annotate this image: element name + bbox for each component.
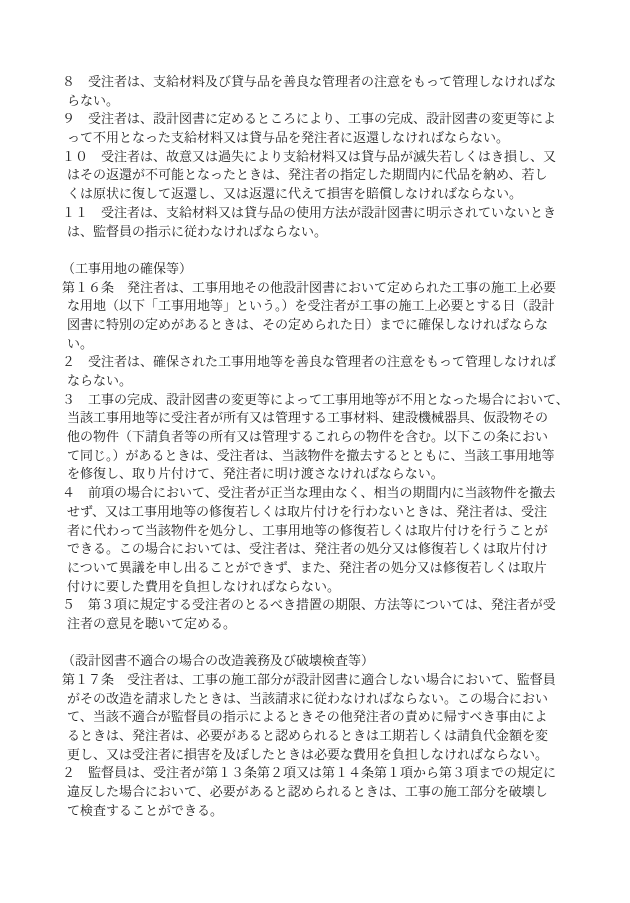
clause-text-line: 当該工事用地等に受注者が所有又は管理する工事材料、建設機械器具、仮設物その: [62, 409, 630, 428]
clause-text-line: くは原状に復して返還し、又は返還に代えて損害を賠償しなければならない。: [62, 185, 630, 204]
clause-text-line: はその返還が不可能となったときは、発注者の指定した期間内に代品を納め、若し: [62, 166, 630, 185]
clause-text-line: ３ 工事の完成、設計図書の変更等によって工事用地等が不用となった場合において、: [62, 391, 630, 410]
clause-text-line: 付けに要した費用を負担しなければならない。: [62, 578, 630, 597]
clause-text-line: 第１６条 発注者は、工事用地その他設計図書において定められた工事の施工上必要: [62, 279, 630, 298]
clause-text-line: 図書に特別の定めがあるときは、その定められた日）までに確保しなければならな: [62, 316, 630, 335]
clause-text-line: て検査することができる。: [62, 802, 630, 821]
blank-line: [62, 634, 630, 653]
document-body: ８ 受注者は、支給材料及び貸与品を善良な管理者の注意をもって管理しなければならな…: [62, 73, 630, 821]
clause-text-line: ５ 第３項に規定する受注者のとるべき措置の期限、方法等については、発注者が受: [62, 596, 630, 615]
clause-text-line: らない。: [62, 92, 630, 111]
clause-text-line: い。: [62, 335, 630, 354]
clause-text-line: ならない。: [62, 372, 630, 391]
clause-text-line: ２ 監督員は、受注者が第１３条第２項又は第１４条第１項から第３項までの規定に: [62, 764, 630, 783]
clause-text-line: 更し、又は受注者に損害を及ぼしたときは必要な費用を負担しなければならない。: [62, 746, 630, 765]
section-heading: （工事用地の確保等）: [62, 260, 630, 279]
clause-text-line: を修復し、取り片付けて、発注者に明け渡さなければならない。: [62, 465, 630, 484]
clause-text-line: て同じ。）があるときは、受注者は、当該物件を撤去するとともに、当該工事用地等: [62, 447, 630, 466]
blank-line: [62, 241, 630, 260]
document-page: ８ 受注者は、支給材料及び貸与品を善良な管理者の注意をもって管理しなければならな…: [0, 0, 630, 903]
clause-text-line: るときは、発注者は、必要があると認められるときは工期若しくは請負代金額を変: [62, 727, 630, 746]
clause-text-line: ２ 受注者は、確保された工事用地等を善良な管理者の注意をもって管理しなければ: [62, 353, 630, 372]
clause-text-line: できる。この場合においては、受注者は、発注者の処分又は修復若しくは取片付け: [62, 540, 630, 559]
clause-text-line: １０ 受注者は、故意又は過失により支給材料又は貸与品が滅失若しくはき損し、又: [62, 148, 630, 167]
clause-text-line: って不用となった支給材料又は貸与品を発注者に返還しなければならない。: [62, 129, 630, 148]
clause-text-line: 第１７条 受注者は、工事の施工部分が設計図書に適合しない場合において、監督員: [62, 671, 630, 690]
clause-text-line: な用地（以下「工事用地等」という。）を受注者が工事の施工上必要とする日（設計: [62, 297, 630, 316]
clause-text-line: 他の物件（下請負者等の所有又は管理するこれらの物件を含む。以下この条におい: [62, 428, 630, 447]
clause-text-line: 違反した場合において、必要があると認められるときは、工事の施工部分を破壊し: [62, 783, 630, 802]
clause-text-line: 者に代わって当該物件を処分し、工事用地等の修復若しくは取片付けを行うことが: [62, 522, 630, 541]
clause-text-line: １１ 受注者は、支給材料又は貸与品の使用方法が設計図書に明示されていないとき: [62, 204, 630, 223]
section-heading: （設計図書不適合の場合の改造義務及び破壊検査等）: [62, 652, 630, 671]
clause-text-line: ９ 受注者は、設計図書に定めるところにより、工事の完成、設計図書の変更等によ: [62, 110, 630, 129]
clause-text-line: は、監督員の指示に従わなければならない。: [62, 223, 630, 242]
clause-text-line: について異議を申し出ることができず、また、発注者の処分又は修復若しくは取片: [62, 559, 630, 578]
clause-text-line: 注者の意見を聴いて定める。: [62, 615, 630, 634]
clause-text-line: て、当該不適合が監督員の指示によるときその他発注者の責めに帰すべき事由によ: [62, 708, 630, 727]
clause-text-line: がその改造を請求したときは、当該請求に従わなければならない。この場合におい: [62, 690, 630, 709]
clause-text-line: せず、又は工事用地等の修復若しくは取片付けを行わないときは、発注者は、受注: [62, 503, 630, 522]
clause-text-line: ４ 前項の場合において、受注者が正当な理由なく、相当の期間内に当該物件を撤去: [62, 484, 630, 503]
clause-text-line: ８ 受注者は、支給材料及び貸与品を善良な管理者の注意をもって管理しなければな: [62, 73, 630, 92]
